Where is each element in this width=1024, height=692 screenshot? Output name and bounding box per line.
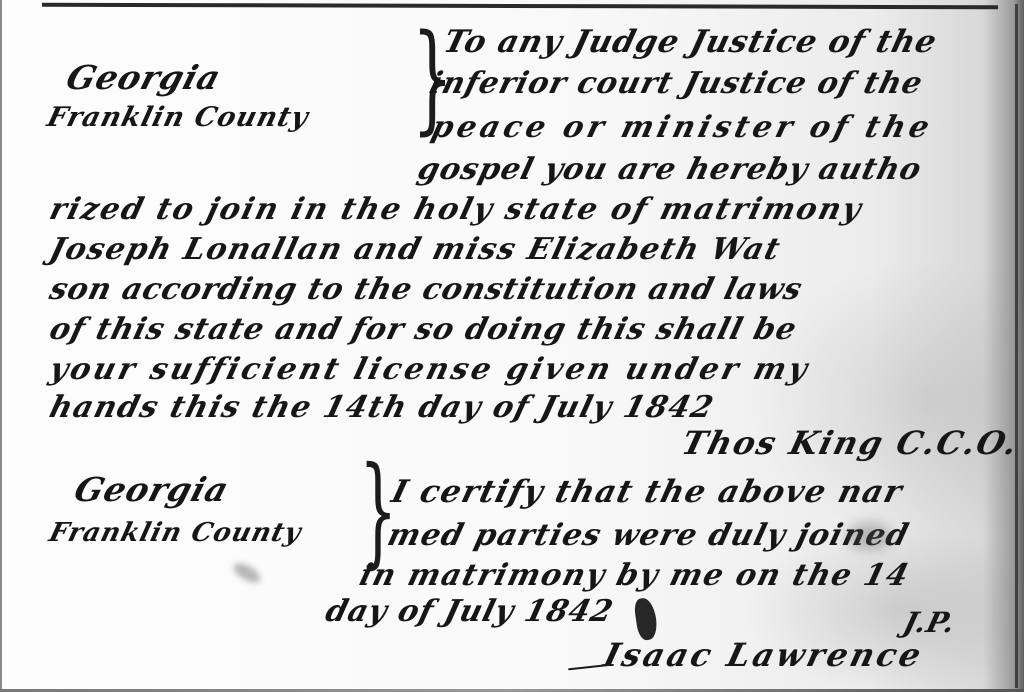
return-signature: Isaac Lawrence [600, 636, 928, 674]
top-ruled-line [42, 3, 998, 10]
license-state-heading: Georgia [62, 58, 226, 97]
return-line-3-text: in matrimony by me on the 14 [356, 558, 913, 593]
license-line-2: inferior court Justice of the [426, 66, 927, 101]
license-line-2-text: inferior court Justice of the [426, 66, 927, 101]
license-line-4: gospel you are hereby autho [414, 152, 926, 187]
return-signature-text: Isaac Lawrence [600, 636, 928, 674]
return-line-4-text: day of July 1842 [322, 594, 617, 629]
license-line-3-text: peace or minister of the [428, 110, 937, 145]
license-line-3: peace or minister of the [428, 110, 937, 145]
license-line-5-text: rized to join in the holy state of matri… [46, 192, 866, 227]
license-line-9: your sufficient license given under my [46, 352, 814, 387]
return-line-4: day of July 1842 [322, 594, 617, 629]
return-county-heading: Franklin County [46, 518, 305, 548]
license-line-10: hands this the 14th day of July 1842 [46, 390, 718, 425]
license-line-6-text: Joseph Lonallan and miss Elizabeth Wat [46, 232, 785, 267]
license-county-heading: Franklin County [44, 102, 312, 133]
license-line-9-text: your sufficient license given under my [46, 352, 814, 387]
return-line-2: med parties were duly joined [384, 518, 913, 553]
page-left-edge [0, 0, 2, 692]
license-state-text: Georgia [62, 58, 226, 97]
return-state-heading: Georgia [70, 470, 234, 509]
manuscript-page: Georgia Franklin County } To any Judge J… [0, 0, 1024, 692]
license-line-7: son according to the constitution and la… [46, 272, 806, 307]
license-line-1: To any Judge Justice of the [440, 24, 941, 60]
return-officiant-title: J.P. [900, 606, 959, 639]
return-officiant-title-text: J.P. [900, 606, 959, 639]
license-line-1-text: To any Judge Justice of the [440, 24, 941, 60]
license-county-text: Franklin County [44, 102, 312, 133]
license-line-10-text: hands this the 14th day of July 1842 [46, 390, 718, 425]
return-line-1-text: I certify that the above nar [388, 474, 907, 510]
license-signature: Thos King C.C.O. [678, 424, 1023, 462]
ink-blot [633, 597, 659, 641]
return-line-2-text: med parties were duly joined [384, 518, 913, 553]
license-line-6: Joseph Lonallan and miss Elizabeth Wat [46, 232, 785, 267]
paper-smudge [846, 522, 892, 550]
paper-smudge [231, 559, 264, 586]
license-line-8-text: of this state and for so doing this shal… [46, 312, 801, 347]
return-county-text: Franklin County [46, 518, 305, 548]
return-line-1: I certify that the above nar [388, 474, 907, 510]
license-line-5: rized to join in the holy state of matri… [46, 192, 866, 227]
license-line-7-text: son according to the constitution and la… [46, 272, 806, 307]
return-line-3: in matrimony by me on the 14 [356, 558, 913, 593]
license-signature-text: Thos King C.C.O. [678, 424, 1023, 462]
return-brace: } [359, 452, 397, 572]
license-line-4-text: gospel you are hereby autho [414, 152, 926, 187]
license-line-8: of this state and for so doing this shal… [46, 312, 801, 347]
page-right-edge [1015, 4, 1018, 688]
return-state-text: Georgia [70, 470, 234, 509]
